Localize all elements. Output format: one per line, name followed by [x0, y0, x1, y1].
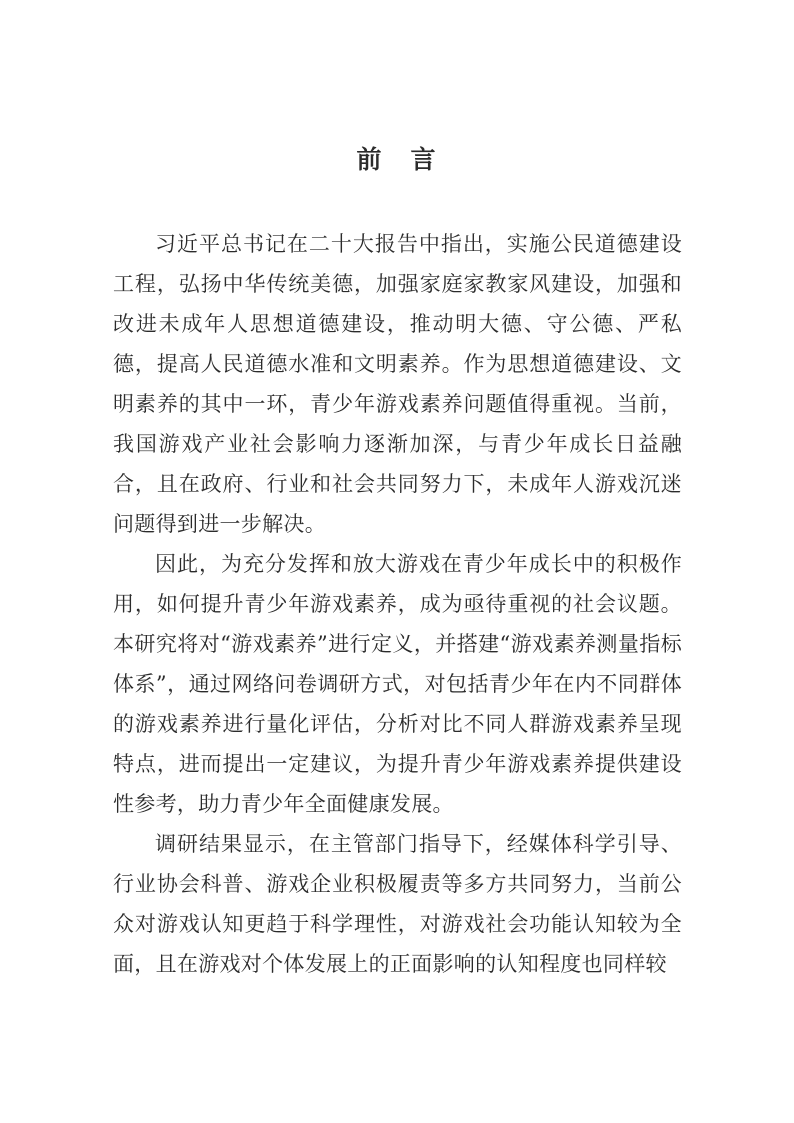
paragraph-3: 调研结果显示，在主管部门指导下，经媒体科学引导、行业协会科普、游戏企业积极履责等… — [113, 824, 682, 984]
document-body: 习近平总书记在二十大报告中指出，实施公民道德建设工程，弘扬中华传统美德，加强家庭… — [113, 224, 682, 984]
paragraph-1: 习近平总书记在二十大报告中指出，实施公民道德建设工程，弘扬中华传统美德，加强家庭… — [113, 224, 682, 544]
document-page: 前 言 习近平总书记在二十大报告中指出，实施公民道德建设工程，弘扬中华传统美德，… — [0, 0, 794, 1123]
paragraph-2: 因此，为充分发挥和放大游戏在青少年成长中的积极作用，如何提升青少年游戏素养，成为… — [113, 544, 682, 824]
page-title: 前 言 — [0, 140, 794, 176]
